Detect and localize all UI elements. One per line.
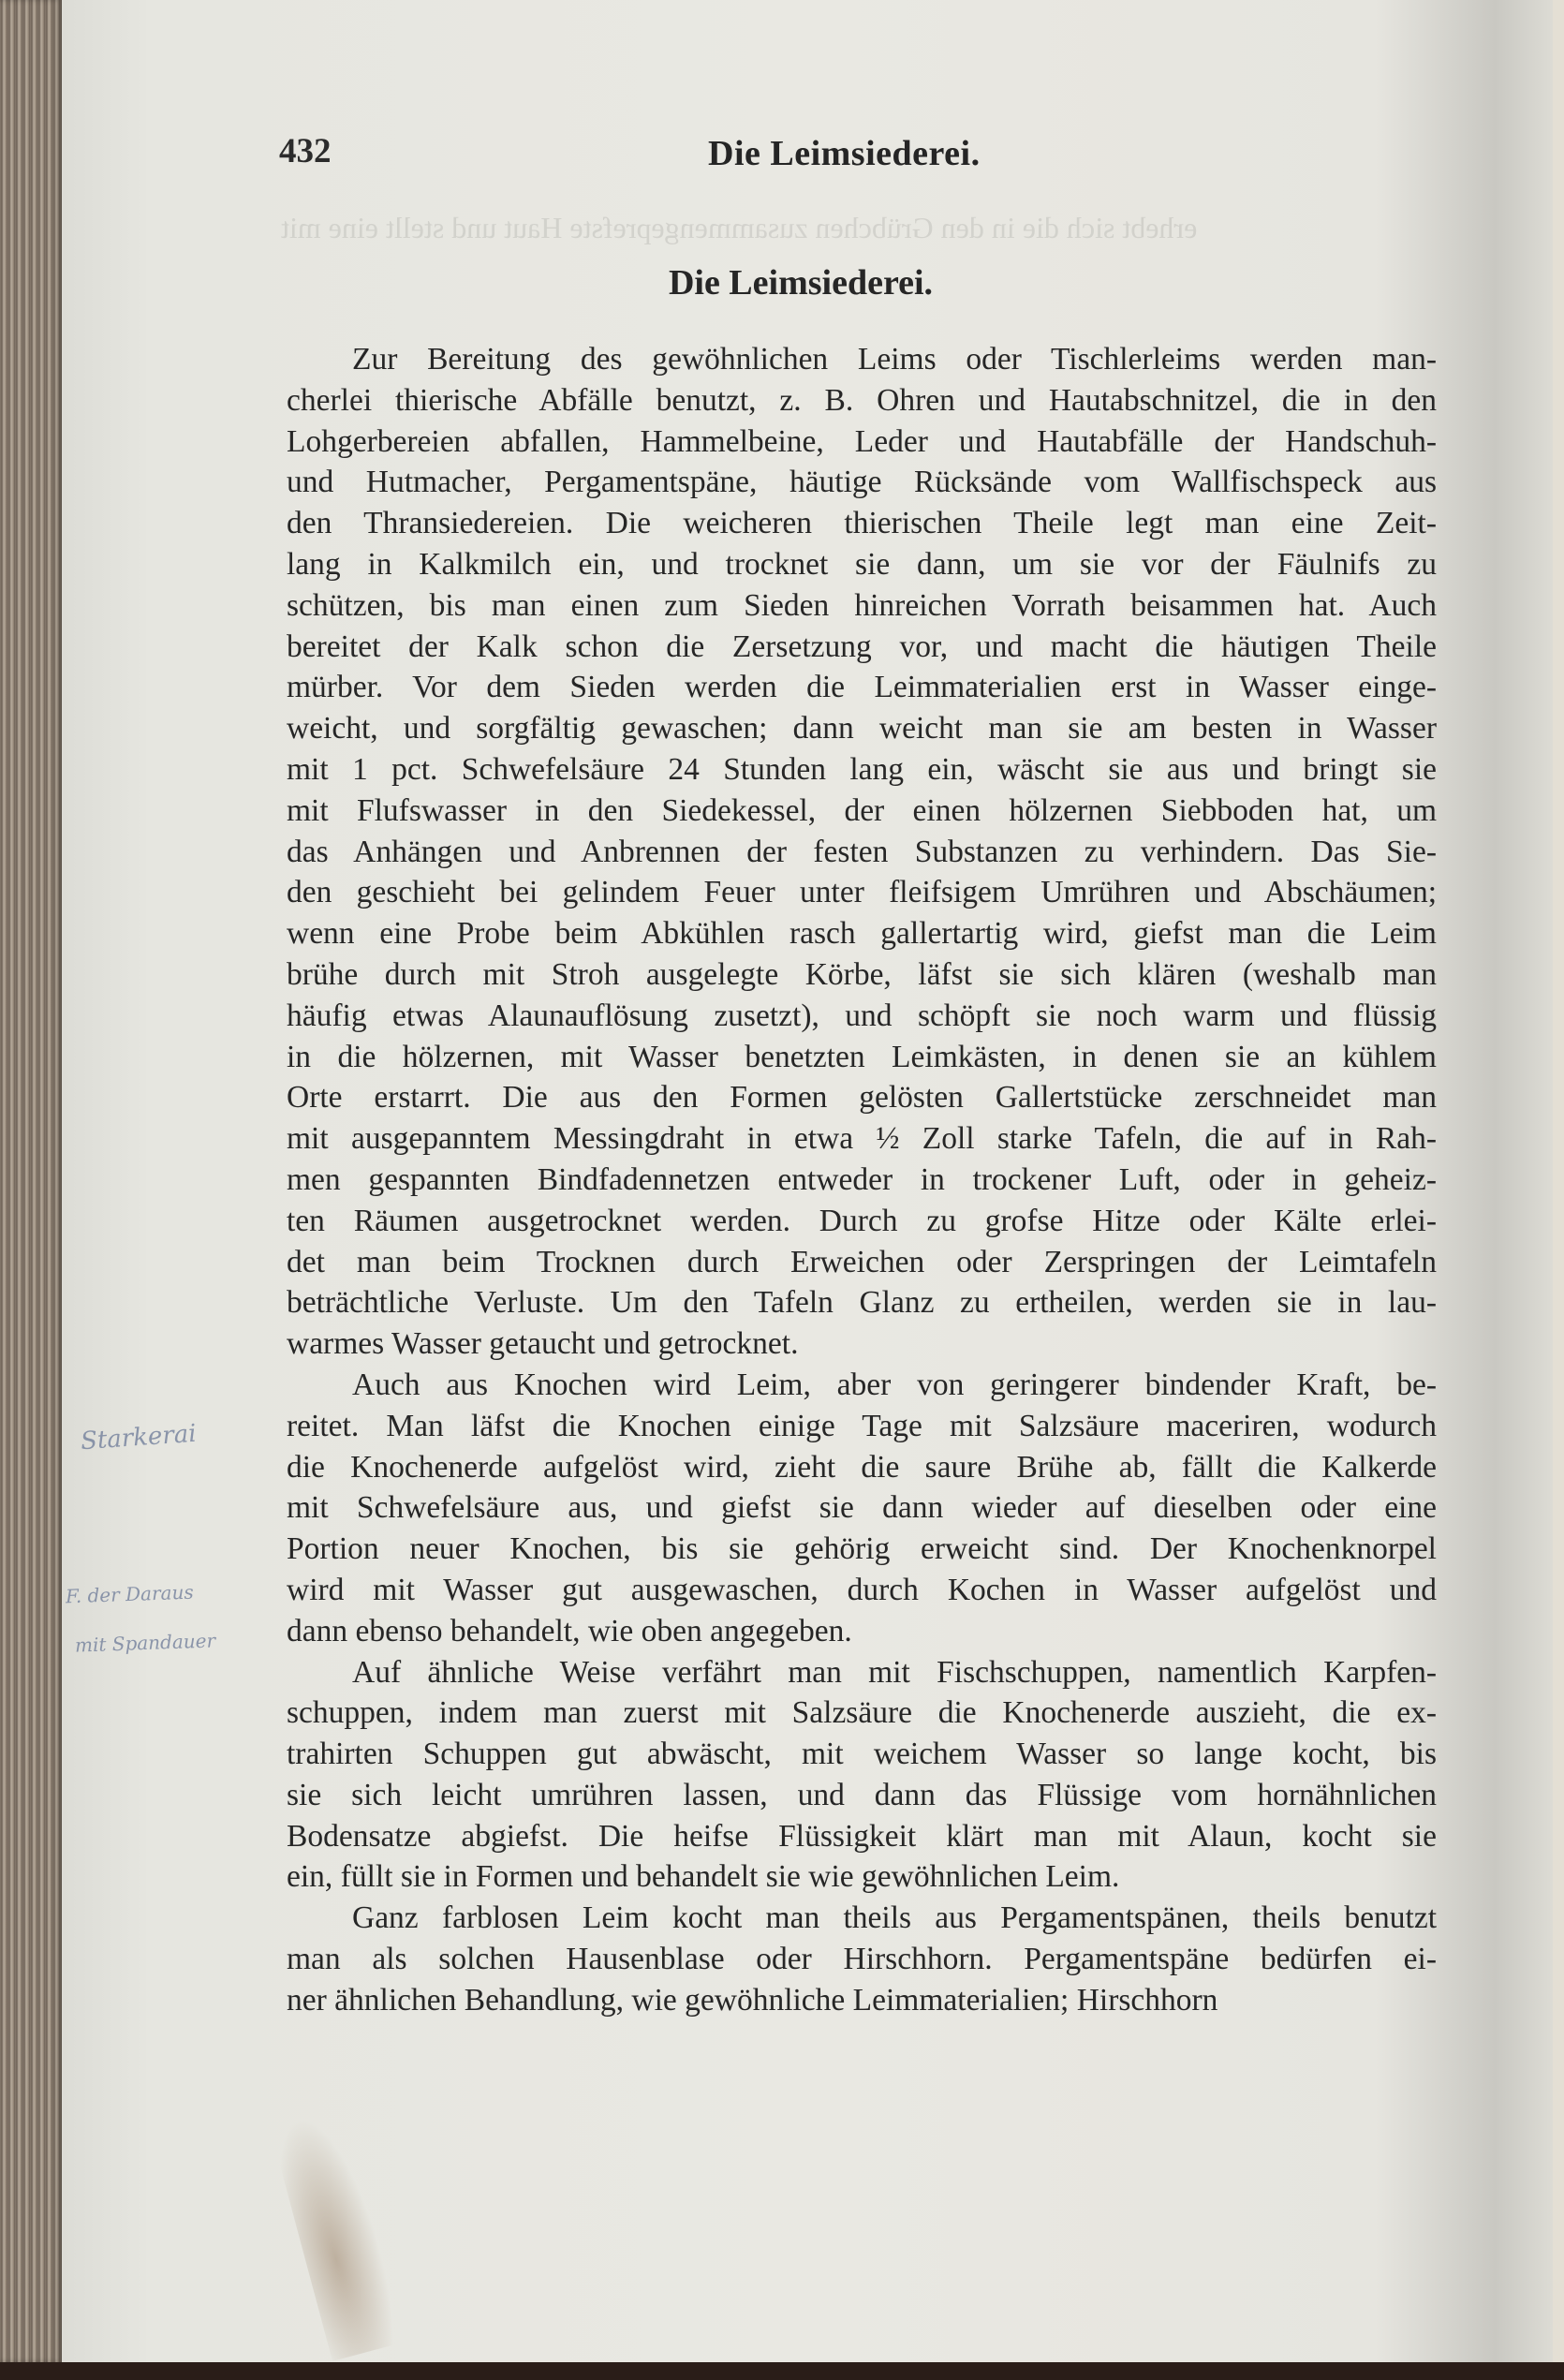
text-line: mürber. Vor dem Sieden werden die Leimma…	[287, 667, 1437, 708]
book-page-edges	[0, 0, 62, 2362]
paragraph: Auch aus Knochen wird Leim, aber von ger…	[287, 1365, 1437, 1652]
text-line: det man beim Trocknen durch Erweichen od…	[287, 1242, 1437, 1283]
text-line: trahirten Schuppen gut abwäscht, mit wei…	[287, 1734, 1437, 1775]
section-title: Die Leimsiederei.	[0, 262, 1480, 303]
text-line: schützen, bis man einen zum Sieden hinre…	[287, 585, 1437, 627]
text-line: die Knochenerde aufgelöst wird, zieht di…	[287, 1447, 1437, 1488]
text-line: bereitet der Kalk schon die Zersetzung v…	[287, 627, 1437, 668]
facing-page-edge	[1553, 0, 1564, 2362]
text-line: ein, füllt sie in Formen und behandelt s…	[287, 1856, 1437, 1898]
handwritten-margin-note: F. der Daraus	[66, 1581, 194, 1608]
body-text: Zur Bereitung des gewöhnlichen Leims ode…	[287, 339, 1437, 2021]
text-line: lang in Kalkmilch ein, und trocknet sie …	[287, 544, 1437, 585]
text-line: Zur Bereitung des gewöhnlichen Leims ode…	[287, 339, 1437, 380]
text-line: weicht, und sorgfältig gewaschen; dann w…	[287, 708, 1437, 749]
page-number: 432	[279, 131, 332, 171]
text-line: Ganz farblosen Leim kocht man theils aus…	[287, 1898, 1437, 1939]
text-line: man als solchen Hausenblase oder Hirschh…	[287, 1939, 1437, 1980]
text-line: brühe durch mit Stroh ausgelegte Körbe, …	[287, 954, 1437, 996]
paragraph: Auf ähnliche Weise verfährt man mit Fisc…	[287, 1652, 1437, 1899]
text-line: das Anhängen und Anbrennen der festen Su…	[287, 832, 1437, 873]
text-line: cherlei thierische Abfälle benutzt, z. B…	[287, 380, 1437, 421]
text-line: mit 1 pct. Schwefelsäure 24 Stunden lang…	[287, 749, 1437, 791]
paragraph: Zur Bereitung des gewöhnlichen Leims ode…	[287, 339, 1437, 1365]
running-head: Die Leimsiederei.	[708, 133, 981, 174]
text-line: den Thransiedereien. Die weicheren thier…	[287, 503, 1437, 544]
text-line: Orte erstarrt. Die aus den Formen gelöst…	[287, 1077, 1437, 1118]
text-line: mit ausgepanntem Messingdraht in etwa ½ …	[287, 1118, 1437, 1160]
text-line: Portion neuer Knochen, bis sie gehörig e…	[287, 1529, 1437, 1570]
text-line: wird mit Wasser gut ausgewaschen, durch …	[287, 1570, 1437, 1611]
text-line: sie sich leicht umrühren lassen, und dan…	[287, 1775, 1437, 1816]
text-line: dann ebenso behandelt, wie oben angegebe…	[287, 1611, 1437, 1652]
text-line: Lohgerbereien abfallen, Hammelbeine, Led…	[287, 421, 1437, 463]
text-line: und Hutmacher, Pergamentspäne, häutige R…	[287, 462, 1437, 503]
text-line: Auf ähnliche Weise verfährt man mit Fisc…	[287, 1652, 1437, 1693]
text-line: ten Räumen ausgetrocknet werden. Durch z…	[287, 1201, 1437, 1242]
text-line: reitet. Man läfst die Knochen einige Tag…	[287, 1406, 1437, 1447]
text-line: Bodensatze abgiefst. Die heifse Flüssigk…	[287, 1816, 1437, 1857]
text-line: häufig etwas Alaunauflösung zusetzt), un…	[287, 996, 1437, 1037]
text-line: warmes Wasser getaucht und getrocknet.	[287, 1323, 1437, 1365]
text-line: schuppen, indem man zuerst mit Salzsäure…	[287, 1693, 1437, 1734]
text-line: mit Flufswasser in den Siedekessel, der …	[287, 791, 1437, 832]
bleed-through-text: erhebt sich die in den Grübchen zusammen…	[281, 211, 1197, 245]
text-line: den geschieht bei gelindem Feuer unter f…	[287, 872, 1437, 913]
scan-bottom-border	[0, 2362, 1564, 2380]
text-line: in die hölzernen, mit Wasser benetzten L…	[287, 1037, 1437, 1078]
text-line: Auch aus Knochen wird Leim, aber von ger…	[287, 1365, 1437, 1406]
text-line: ner ähnlichen Behandlung, wie gewöhnlich…	[287, 1980, 1437, 2021]
text-line: beträchtliche Verluste. Um den Tafeln Gl…	[287, 1282, 1437, 1323]
page-header: 432 Die Leimsiederei.	[279, 131, 1422, 187]
paragraph: Ganz farblosen Leim kocht man theils aus…	[287, 1898, 1437, 2020]
text-line: wenn eine Probe beim Abkühlen rasch gall…	[287, 913, 1437, 954]
text-line: mit Schwefelsäure aus, und giefst sie da…	[287, 1487, 1437, 1529]
text-line: men gespannten Bindfadennetzen entweder …	[287, 1160, 1437, 1201]
